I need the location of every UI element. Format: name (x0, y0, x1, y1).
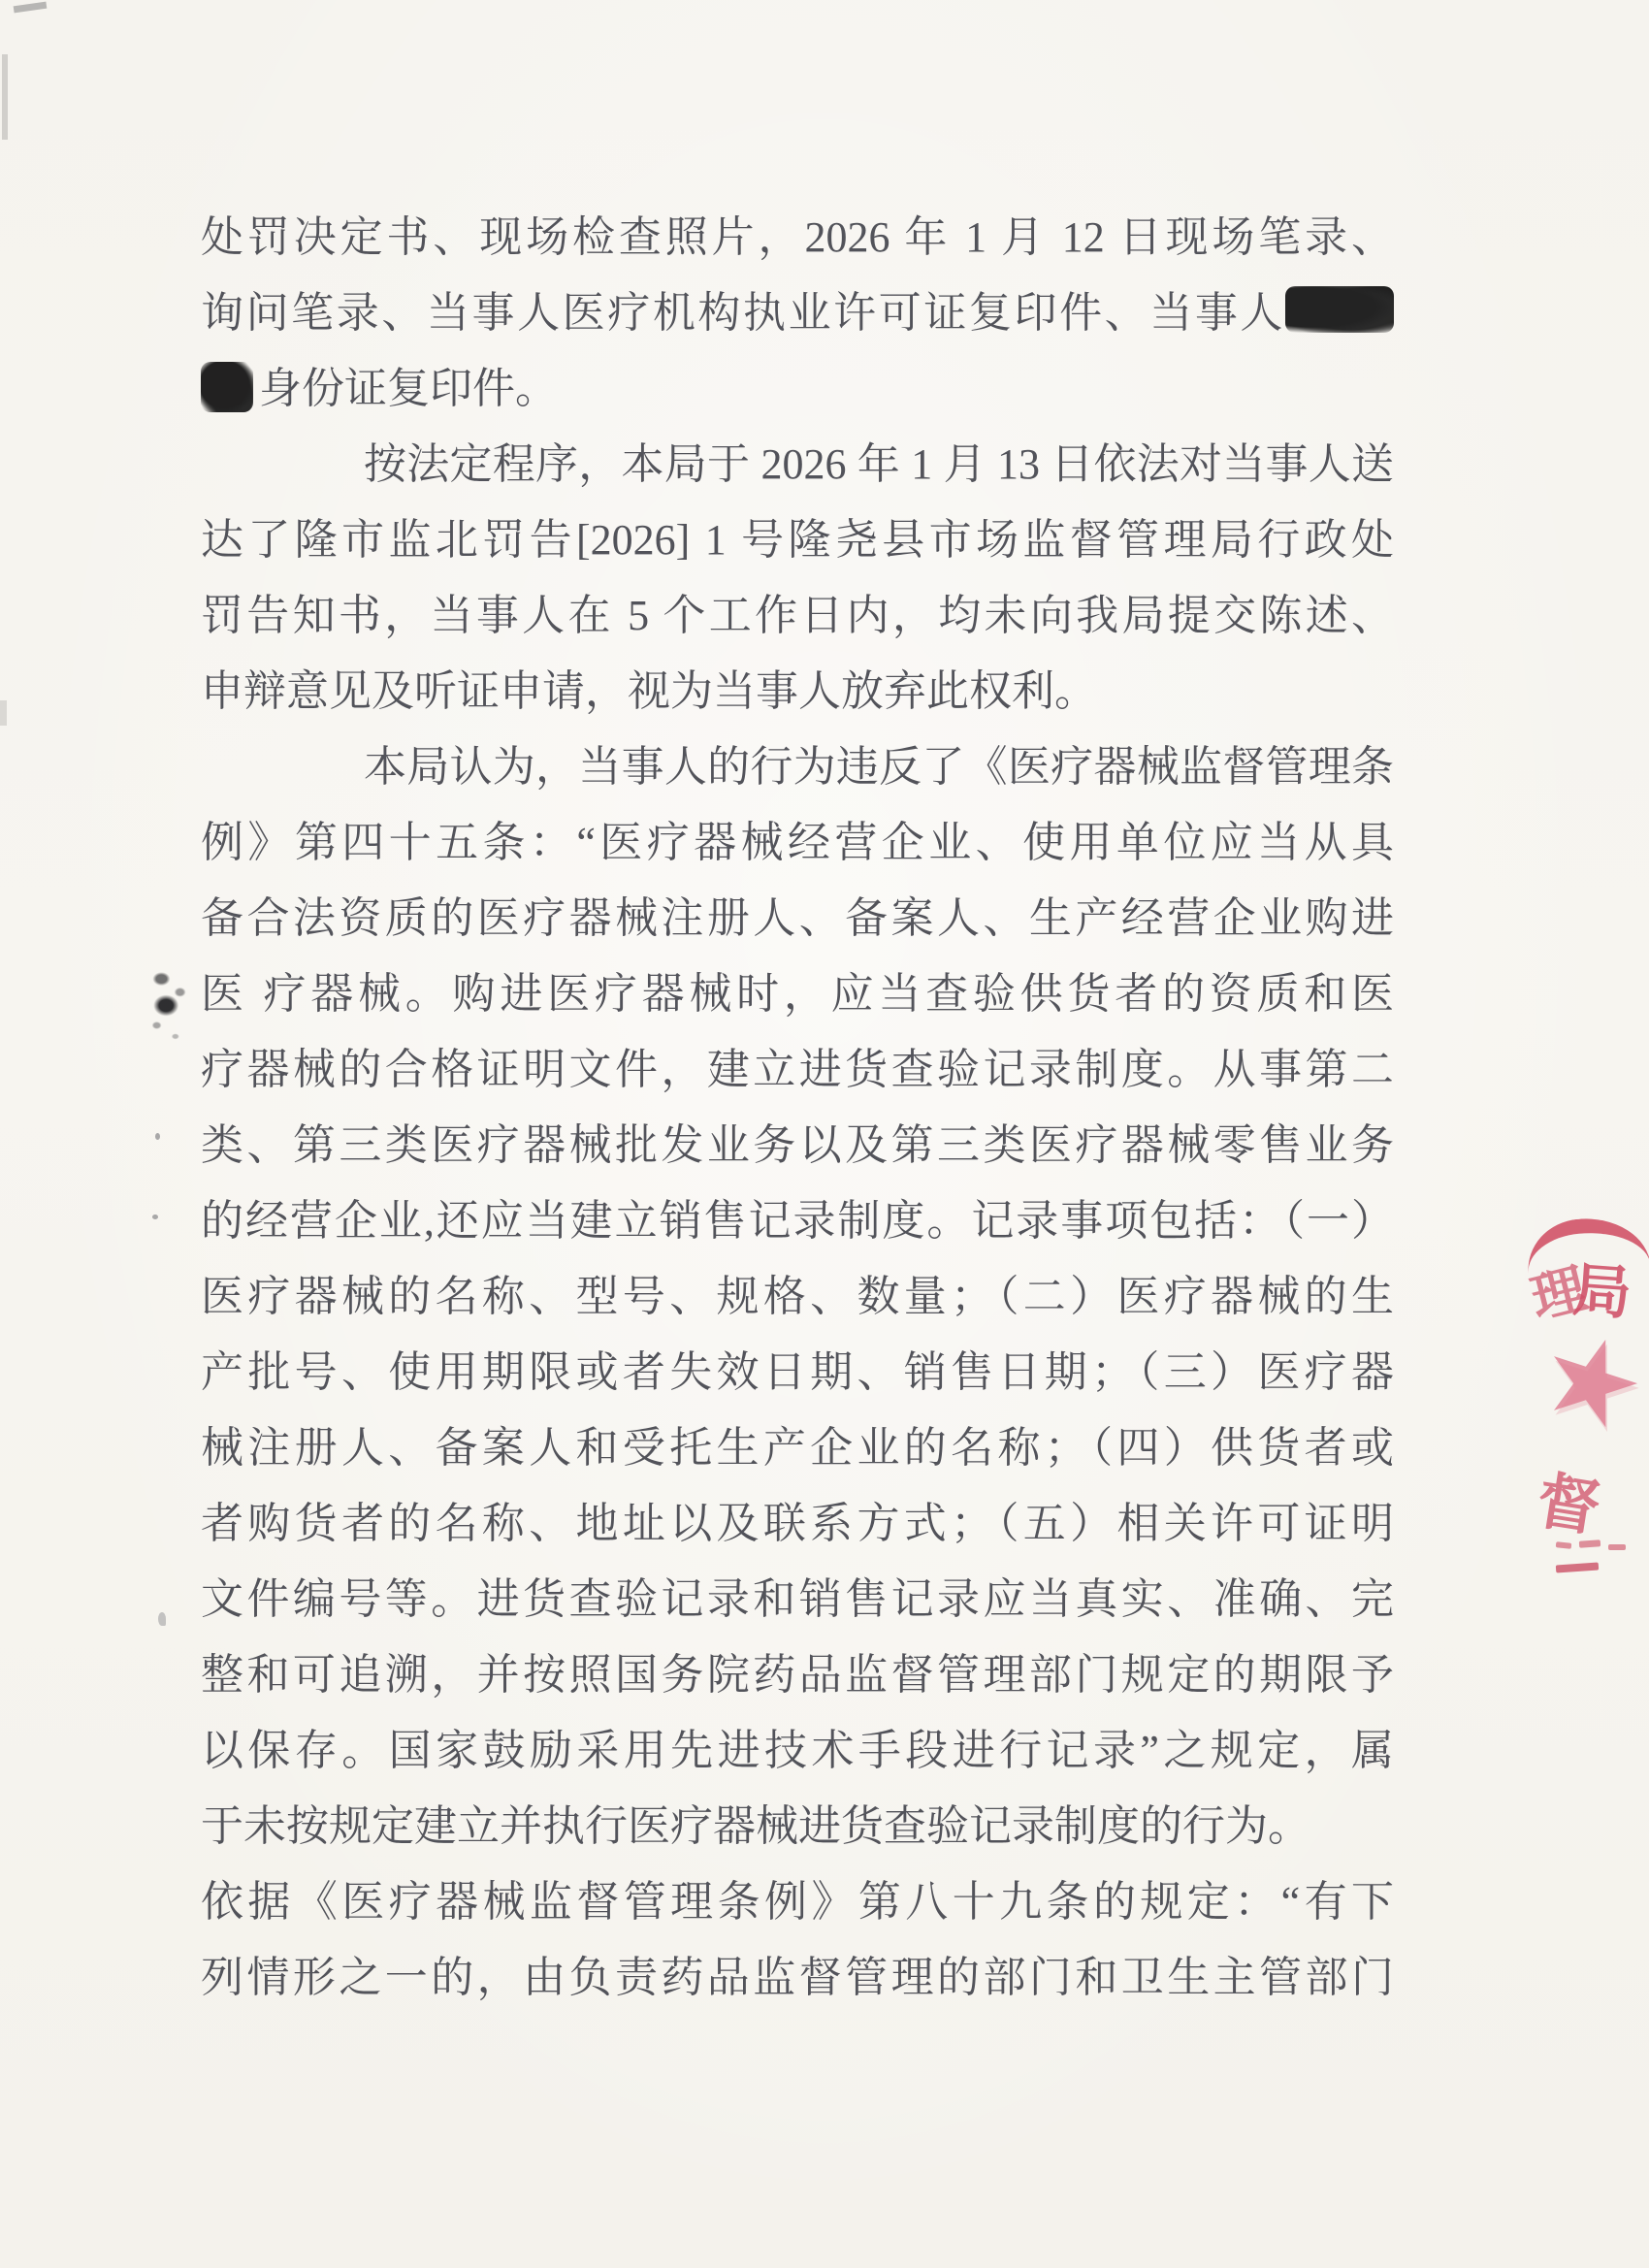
ink-speck (155, 1133, 160, 1140)
text-line: 医 疗器械。购进医疗器械时，应当查验供货者的资质和医 (201, 956, 1394, 1032)
text-line: 文件编号等。进货查验记录和销售记录应当真实、准确、完 (201, 1562, 1394, 1637)
ink-speck (152, 1215, 158, 1219)
text-line-content: 按法定程序，本局于 2026 年 1 月 13 日依法对当事人送 (364, 440, 1394, 488)
text-line-content: 类、第三类医疗器械批发业务以及第三类医疗器械零售业务 (201, 1121, 1394, 1169)
document-text-block: 处罚决定书、现场检查照片，2026 年 1 月 12 日现场笔录、询问笔录、当事… (201, 200, 1394, 2016)
seal-ink-mark (1556, 1562, 1599, 1572)
seal-ink-mark (1608, 1544, 1626, 1550)
text-line-content: 于未按规定建立并执行医疗器械进货查验记录制度的行为。 (201, 1802, 1310, 1850)
text-line-content: 达了隆市监北罚告[2026] 1 号隆尧县市场监督管理局行政处 (201, 516, 1394, 564)
text-line-content: 疗器械的合格证明文件，建立进货查验记录制度。从事第二 (201, 1046, 1394, 1093)
text-line-content: 医 疗器械。购进医疗器械时，应当查验供货者的资质和医 (201, 970, 1394, 1018)
text-line-content: 医疗器械的名称、型号、规格、数量；（二）医疗器械的生 (201, 1273, 1394, 1320)
text-line-content: 产批号、使用期限或者失效日期、销售日期；（三）医疗器 (201, 1348, 1394, 1396)
seal-ink-mark (1579, 1539, 1600, 1548)
ink-smudge (147, 970, 194, 1044)
text-line: 达了隆市监北罚告[2026] 1 号隆尧县市场监督管理局行政处 (201, 502, 1394, 578)
text-line: 按法定程序，本局于 2026 年 1 月 13 日依法对当事人送 (201, 427, 1394, 502)
text-line: 例》第四十五条：“医疗器械经营企业、使用单位应当从具 (201, 805, 1394, 881)
text-line: 身份证复印件。 (201, 351, 1394, 427)
text-line-content: 以保存。国家鼓励采用先进技术手段进行记录”之规定，属 (201, 1727, 1394, 1774)
text-line: 罚告知书，当事人在 5 个工作日内，均未向我局提交陈述、 (201, 578, 1394, 654)
redaction-mark (1285, 286, 1394, 333)
text-line-content: 的经营企业,还应当建立销售记录制度。记录事项包括：（一） (201, 1197, 1394, 1245)
text-line: 处罚决定书、现场检查照片，2026 年 1 月 12 日现场笔录、 (201, 200, 1394, 275)
text-line: 于未按规定建立并执行医疗器械进货查验记录制度的行为。 (201, 1789, 1394, 1864)
scanned-document-page: 处罚决定书、现场检查照片，2026 年 1 月 12 日现场笔录、询问笔录、当事… (0, 0, 1649, 2268)
scan-edge-artifact (2, 54, 8, 140)
text-line: 产批号、使用期限或者失效日期、销售日期；（三）医疗器 (201, 1335, 1394, 1410)
text-line: 整和可追溯，并按照国务院药品监督管理部门规定的期限予 (201, 1637, 1394, 1713)
text-line-content: 处罚决定书、现场检查照片，2026 年 1 月 12 日现场笔录、 (201, 213, 1394, 261)
text-line: 询问笔录、当事人医疗机构执业许可证复印件、当事人 (201, 275, 1394, 351)
text-line: 医疗器械的名称、型号、规格、数量；（二）医疗器械的生 (201, 1259, 1394, 1335)
text-line: 列情形之一的，由负责药品监督管理的部门和卫生主管部门 (201, 1940, 1394, 2016)
pencil-mark (158, 1612, 166, 1626)
redaction-mark (201, 362, 253, 412)
text-line-content: 询问笔录、当事人医疗机构执业许可证复印件、当事人 (201, 289, 1285, 337)
scan-edge-artifact (0, 700, 7, 726)
text-line: 依据《医疗器械监督管理条例》第八十九条的规定：“有下 (201, 1864, 1394, 1940)
text-line-content: 备合法资质的医疗器械注册人、备案人、生产经营企业购进 (201, 894, 1394, 942)
text-line: 的经营企业,还应当建立销售记录制度。记录事项包括：（一） (201, 1183, 1394, 1259)
text-line-content: 文件编号等。进货查验记录和销售记录应当真实、准确、完 (201, 1575, 1394, 1623)
scan-edge-artifact (14, 2, 48, 14)
text-line: 本局认为，当事人的行为违反了《医疗器械监督管理条 (201, 729, 1394, 805)
text-line: 械注册人、备案人和受托生产企业的名称；（四）供货者或 (201, 1410, 1394, 1486)
text-line-content: 者购货者的名称、地址以及联系方式；（五）相关许可证明 (201, 1500, 1394, 1547)
seal-character-du: 督 (1532, 1451, 1607, 1549)
text-line: 疗器械的合格证明文件，建立进货查验记录制度。从事第二 (201, 1032, 1394, 1108)
text-line-content: 例》第四十五条：“医疗器械经营企业、使用单位应当从具 (201, 819, 1394, 866)
text-line-content: 申辩意见及听证申请，视为当事人放弃此权利。 (201, 667, 1097, 715)
text-line: 类、第三类医疗器械批发业务以及第三类医疗器械零售业务 (201, 1108, 1394, 1183)
text-line: 以保存。国家鼓励采用先进技术手段进行记录”之规定，属 (201, 1713, 1394, 1789)
text-line-content: 罚告知书，当事人在 5 个工作日内，均未向我局提交陈述、 (201, 592, 1394, 639)
text-line-content: 依据《医疗器械监督管理条例》第八十九条的规定：“有下 (201, 1878, 1394, 1926)
seal-ink-mark (1556, 1541, 1572, 1549)
text-line-content: 身份证复印件。 (259, 365, 558, 412)
text-line-content: 械注册人、备案人和受托生产企业的名称；（四）供货者或 (201, 1424, 1394, 1472)
text-line-content: 本局认为，当事人的行为违反了《医疗器械监督管理条 (364, 743, 1394, 791)
text-line: 申辩意见及听证申请，视为当事人放弃此权利。 (201, 654, 1394, 729)
text-line: 者购货者的名称、地址以及联系方式；（五）相关许可证明 (201, 1486, 1394, 1562)
text-line-content: 列情形之一的，由负责药品监督管理的部门和卫生主管部门 (201, 1954, 1394, 2001)
text-line-content: 整和可追溯，并按照国务院药品监督管理部门规定的期限予 (201, 1651, 1394, 1699)
text-line: 备合法资质的医疗器械注册人、备案人、生产经营企业购进 (201, 881, 1394, 956)
official-seal-stamp: 理 局 ★ 督 (1511, 1201, 1649, 1599)
